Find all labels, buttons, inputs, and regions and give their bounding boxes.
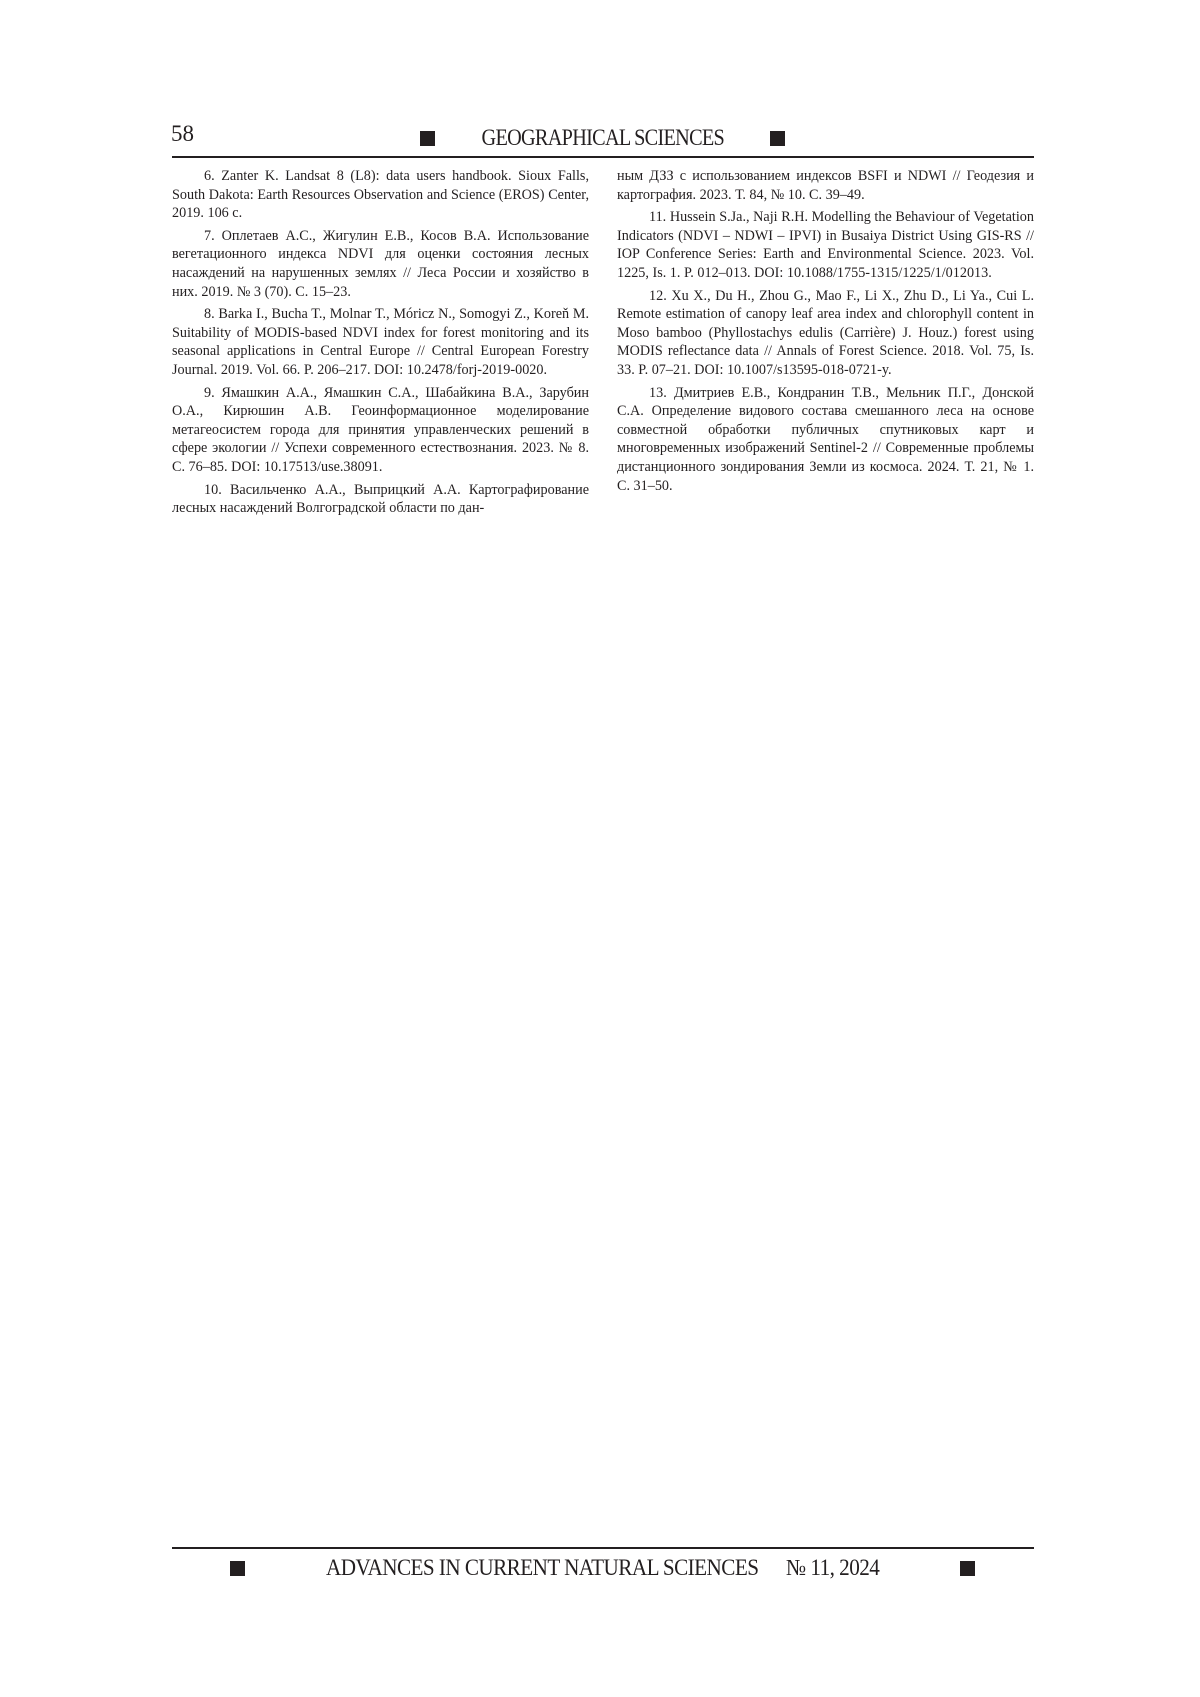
running-header: GEOGRAPHICAL SCIENCES (420, 124, 785, 152)
footer-rule (172, 1547, 1034, 1549)
issue-number: № 11, 2024 (786, 1552, 879, 1584)
reference-item: 11. Hussein S.Ja., Naji R.H. Modelling t… (617, 208, 1034, 282)
reference-item: 6. Zanter K. Landsat 8 (L8): data users … (172, 167, 589, 223)
page-number: 58 (171, 120, 194, 148)
reference-item: 12. Xu X., Du H., Zhou G., Mao F., Li X.… (617, 287, 1034, 380)
section-title: GEOGRAPHICAL SCIENCES (481, 124, 724, 152)
reference-item: 10. Васильченко А.А., Выприцкий А.А. Кар… (172, 481, 589, 518)
square-bullet-icon (770, 131, 785, 146)
references-list: 6. Zanter K. Landsat 8 (L8): data users … (172, 167, 1034, 522)
left-column: 6. Zanter K. Landsat 8 (L8): data users … (172, 167, 589, 522)
reference-item: 7. Оплетаев А.С., Жигулин Е.В., Косов В.… (172, 227, 589, 301)
footer-text: ADVANCES IN CURRENT NATURAL SCIENCES № 1… (326, 1552, 879, 1584)
right-column: ным ДЗЗ с использованием индексов BSFI и… (617, 167, 1034, 522)
running-footer: ADVANCES IN CURRENT NATURAL SCIENCES № 1… (230, 1552, 975, 1584)
journal-title: ADVANCES IN CURRENT NATURAL SCIENCES (326, 1552, 758, 1584)
reference-item-continuation: ным ДЗЗ с использованием индексов BSFI и… (617, 167, 1034, 204)
reference-item: 9. Ямашкин А.А., Ямашкин С.А., Шабайкина… (172, 384, 589, 477)
reference-item: 8. Barka I., Bucha T., Molnar T., Móricz… (172, 305, 589, 379)
header-rule (172, 156, 1034, 158)
square-bullet-icon (230, 1561, 245, 1576)
square-bullet-icon (960, 1561, 975, 1576)
reference-item: 13. Дмитриев Е.В., Кондранин Т.В., Мельн… (617, 384, 1034, 496)
square-bullet-icon (420, 131, 435, 146)
